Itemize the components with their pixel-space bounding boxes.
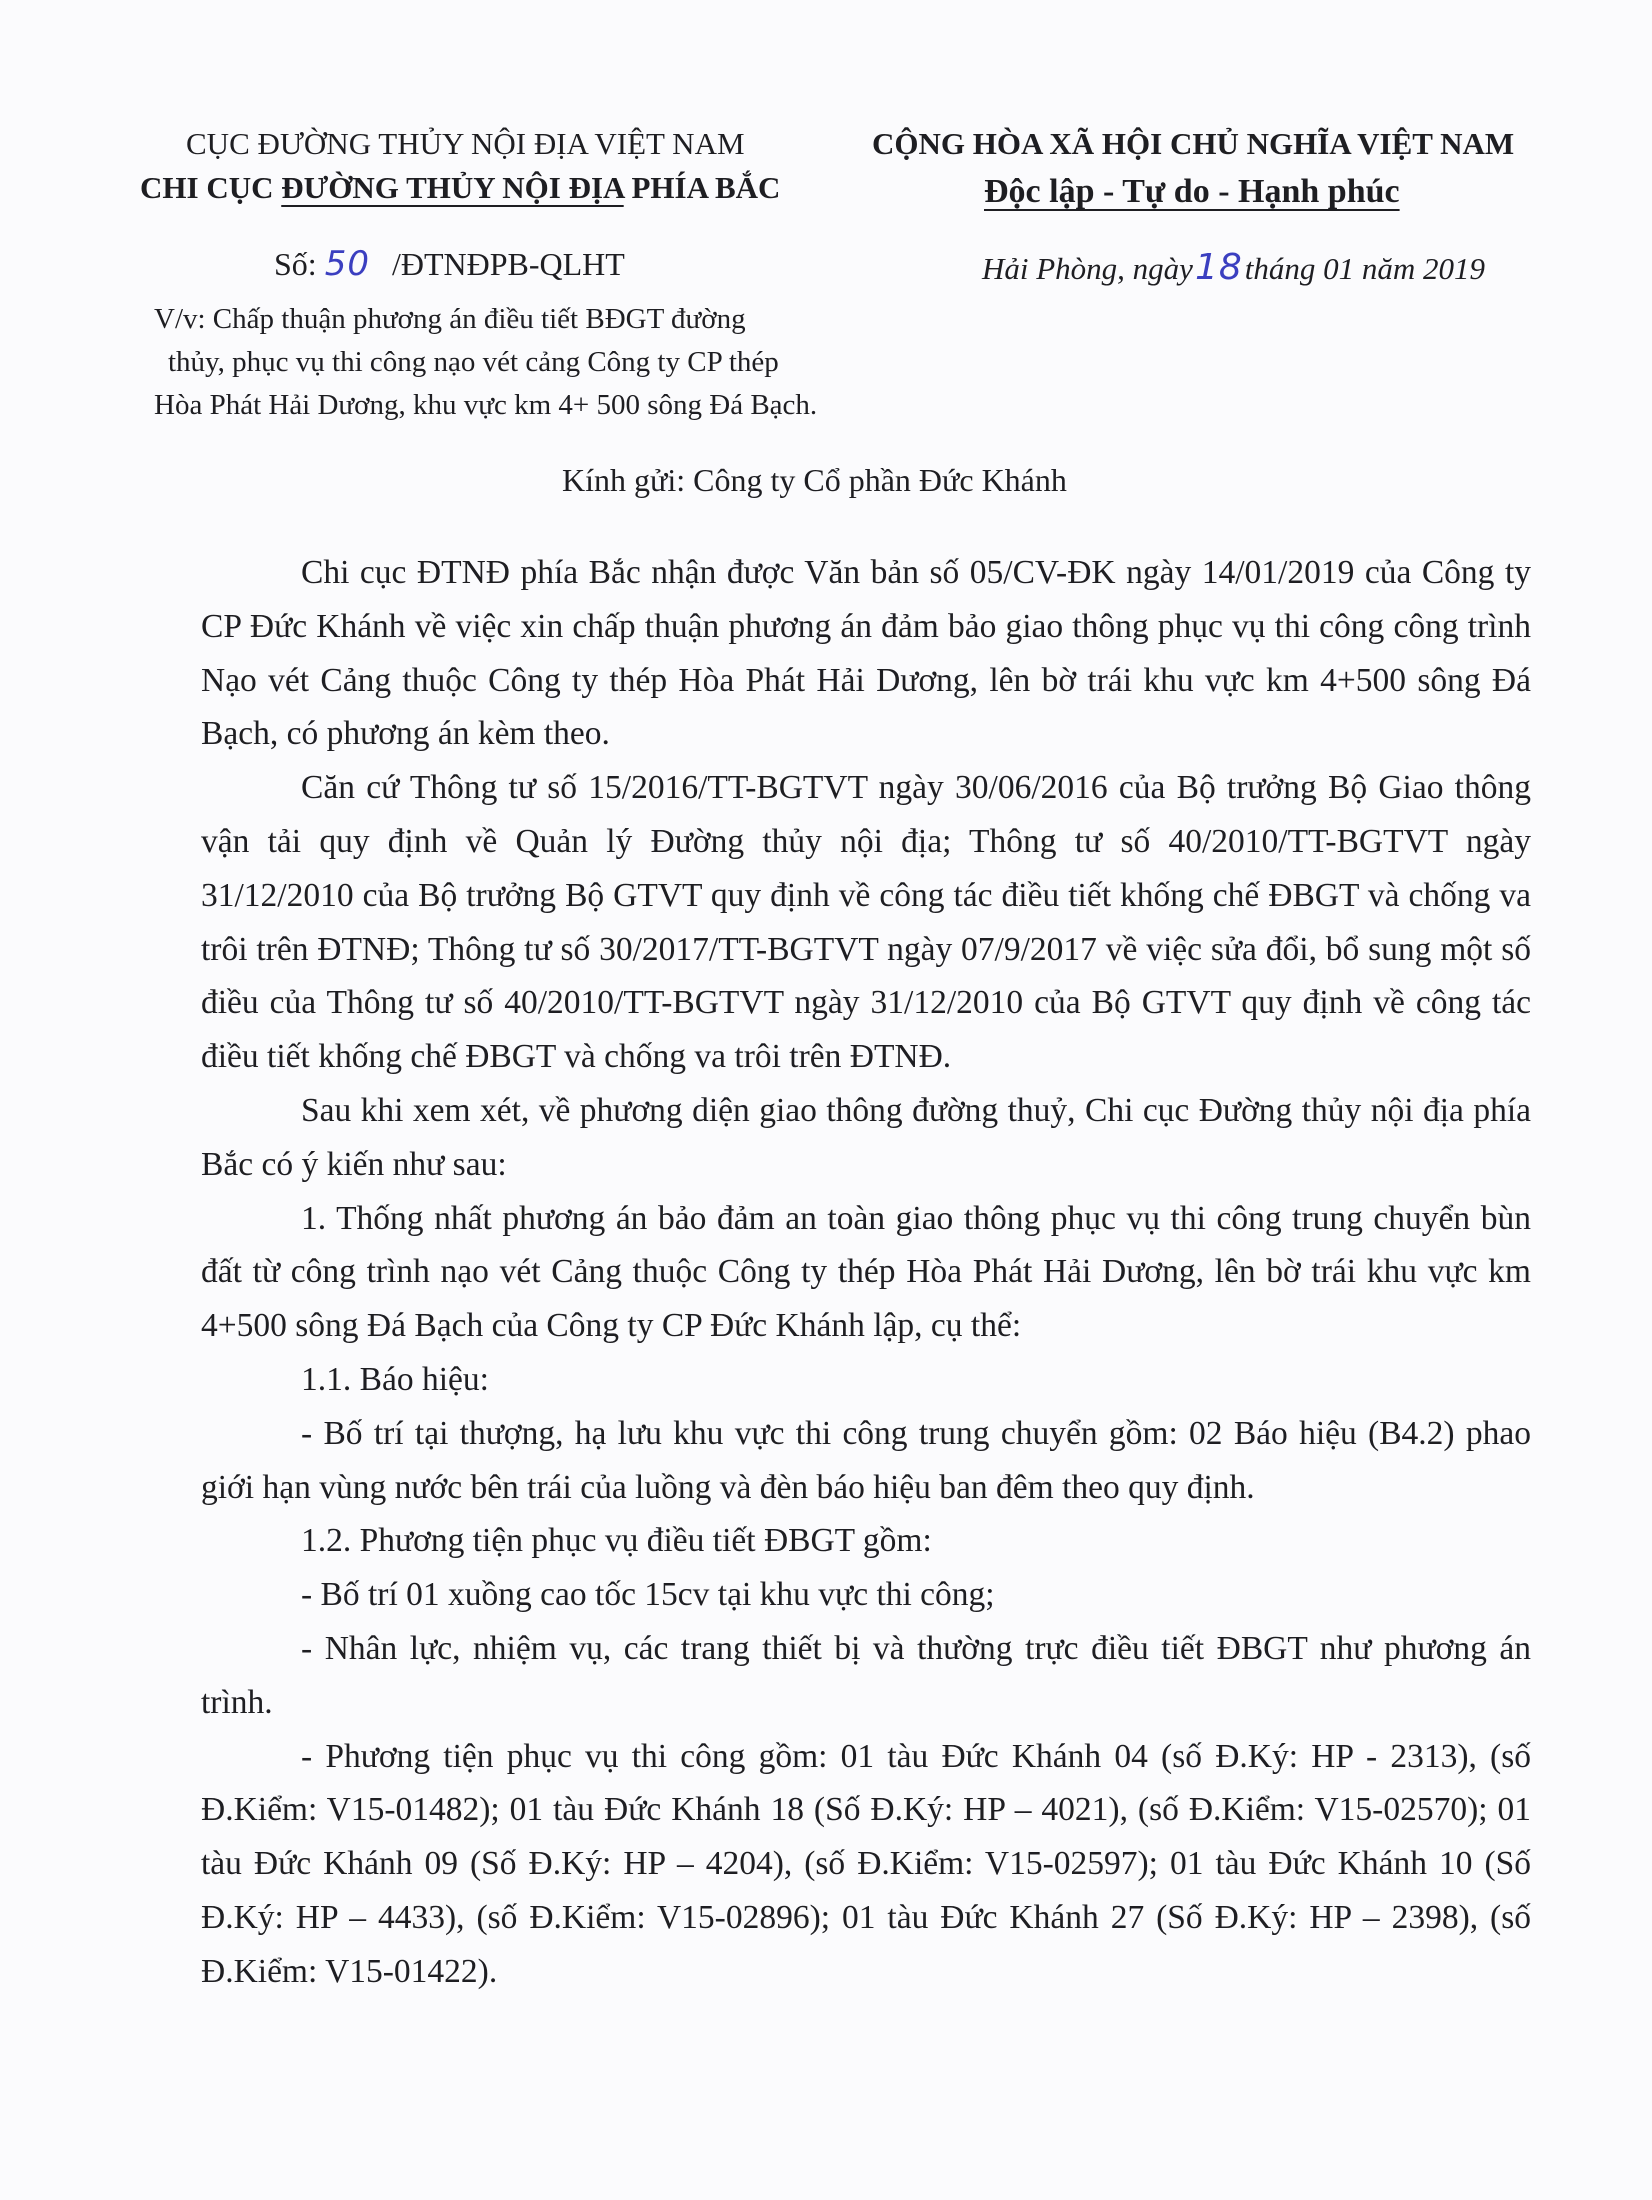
document-body: Chi cục ĐTNĐ phía Bắc nhận được Văn bản … xyxy=(201,546,1531,1999)
paragraph: Sau khi xem xét, về phương diện giao thô… xyxy=(201,1084,1531,1192)
paragraph: - Bố trí tại thượng, hạ lưu khu vực thi … xyxy=(201,1407,1531,1515)
paragraph: Chi cục ĐTNĐ phía Bắc nhận được Văn bản … xyxy=(201,546,1531,761)
national-motto: Độc lập - Tự do - Hạnh phúc xyxy=(984,173,1400,211)
subject-line: V/v: Chấp thuận phương án điều tiết BĐGT… xyxy=(154,298,817,341)
paragraph: - Bố trí 01 xuồng cao tốc 15cv tại khu v… xyxy=(201,1568,1531,1622)
date-day-handwritten: 18 xyxy=(1195,247,1243,288)
doc-number-label: Số: xyxy=(274,246,317,282)
subject-line: Hòa Phát Hải Dương, khu vực km 4+ 500 sô… xyxy=(154,384,817,427)
paragraph: Căn cứ Thông tư số 15/2016/TT-BGTVT ngày… xyxy=(201,761,1531,1084)
document-number: Số: 50 /ĐTNĐPB-QLHT xyxy=(274,244,625,284)
country-name: CỘNG HÒA XÃ HỘI CHỦ NGHĨA VIỆT NAM xyxy=(872,126,1514,162)
section-heading: 1.2. Phương tiện phục vụ điều tiết ĐBGT … xyxy=(201,1514,1531,1568)
agency-name: CHI CỤC ĐƯỜNG THỦY NỘI ĐỊA PHÍA BẮC xyxy=(140,170,780,206)
issue-date: Hải Phòng, ngày18tháng 01 năm 2019 xyxy=(982,247,1485,288)
subject-line: thủy, phục vụ thi công nạo vét cảng Công… xyxy=(154,341,817,384)
paragraph: 1. Thống nhất phương án bảo đảm an toàn … xyxy=(201,1192,1531,1353)
parent-agency-name: CỤC ĐƯỜNG THỦY NỘI ĐỊA VIỆT NAM xyxy=(186,126,745,162)
date-prefix: Hải Phòng, ngày xyxy=(982,251,1193,286)
doc-number-handwritten: 50 xyxy=(325,244,370,284)
agency-underlined: ĐƯỜNG THỦY NỘI ĐỊA xyxy=(281,170,623,205)
doc-number-suffix: /ĐTNĐPB-QLHT xyxy=(392,246,625,282)
subject-block: V/v: Chấp thuận phương án điều tiết BĐGT… xyxy=(154,298,817,427)
agency-prefix: CHI CỤC xyxy=(140,170,281,205)
date-suffix: tháng 01 năm 2019 xyxy=(1245,251,1485,286)
recipient-greeting: Kính gửi: Công ty Cổ phần Đức Khánh xyxy=(562,462,1067,499)
paragraph: - Nhân lực, nhiệm vụ, các trang thiết bị… xyxy=(201,1622,1531,1730)
section-heading: 1.1. Báo hiệu: xyxy=(201,1353,1531,1407)
agency-suffix: PHÍA BẮC xyxy=(624,170,781,205)
document-page: CỤC ĐƯỜNG THỦY NỘI ĐỊA VIỆT NAM CHI CỤC … xyxy=(0,0,1652,2200)
paragraph: - Phương tiện phục vụ thi công gồm: 01 t… xyxy=(201,1730,1531,1999)
